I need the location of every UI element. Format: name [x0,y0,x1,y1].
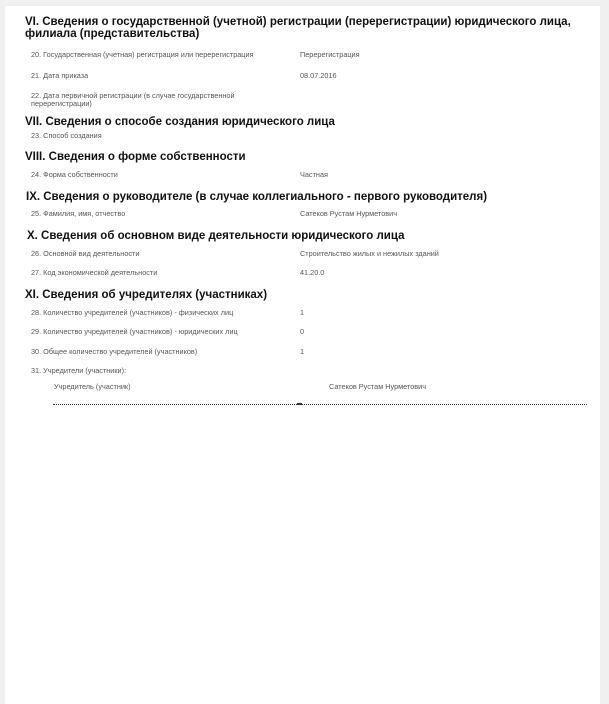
founder-separator-mark [297,403,302,405]
field-label-29: 29. Количество учредителей (участников) … [31,328,238,336]
field-value-29: 0 [300,328,304,336]
field-label-31: 31. Учредители (участники): [31,367,126,375]
section-heading-viii: VIII. Сведения о форме собственности [25,151,246,163]
field-label-23: 23. Способ создания [31,132,102,140]
field-value-28: 1 [300,309,304,317]
field-value-27: 41.20.0 [300,269,324,277]
section-heading-vi-line2: филиала (представительства) [25,28,199,40]
field-value-20: Перерегистрация [300,51,360,59]
field-label-20: 20. Государственная (учетная) регистраци… [31,51,254,59]
field-label-21: 21. Дата приказа [31,72,88,80]
section-heading-vi: VI. Сведения о государственной (учетной)… [25,16,571,28]
field-label-22-line2: перерегистрации) [31,100,92,108]
field-label-30: 30. Общее количество учредителей (участн… [31,348,197,356]
founder-separator-line [53,404,587,405]
section-heading-x: X. Сведения об основном виде деятельност… [27,230,404,242]
section-heading-vii: VII. Сведения о способе создания юридиче… [25,116,335,128]
field-label-28: 28. Количество учредителей (участников) … [31,309,233,317]
field-value-24: Частная [300,171,328,179]
field-label-27: 27. Код экономической деятельности [31,269,157,277]
founder-name: Сатеков Рустам Нурметович [329,383,426,391]
field-label-25: 25. Фамилия, имя, отчество [31,210,125,218]
section-heading-xi: XI. Сведения об учредителях (участниках) [25,289,267,301]
field-label-24: 24. Форма собственности [31,171,118,179]
field-value-30: 1 [300,348,304,356]
field-value-26: Строительство жилых и нежилых зданий [300,250,439,258]
section-heading-ix: IX. Сведения о руководителе (в случае ко… [26,191,487,203]
field-label-26: 26. Основной вид деятельности [31,250,139,258]
document-page: VI. Сведения о государственной (учетной)… [5,6,600,704]
field-value-25: Сатеков Рустам Нурметович [300,210,397,218]
field-value-21: 08.07.2016 [300,72,337,80]
founder-label: Учредитель (участник) [54,383,131,391]
